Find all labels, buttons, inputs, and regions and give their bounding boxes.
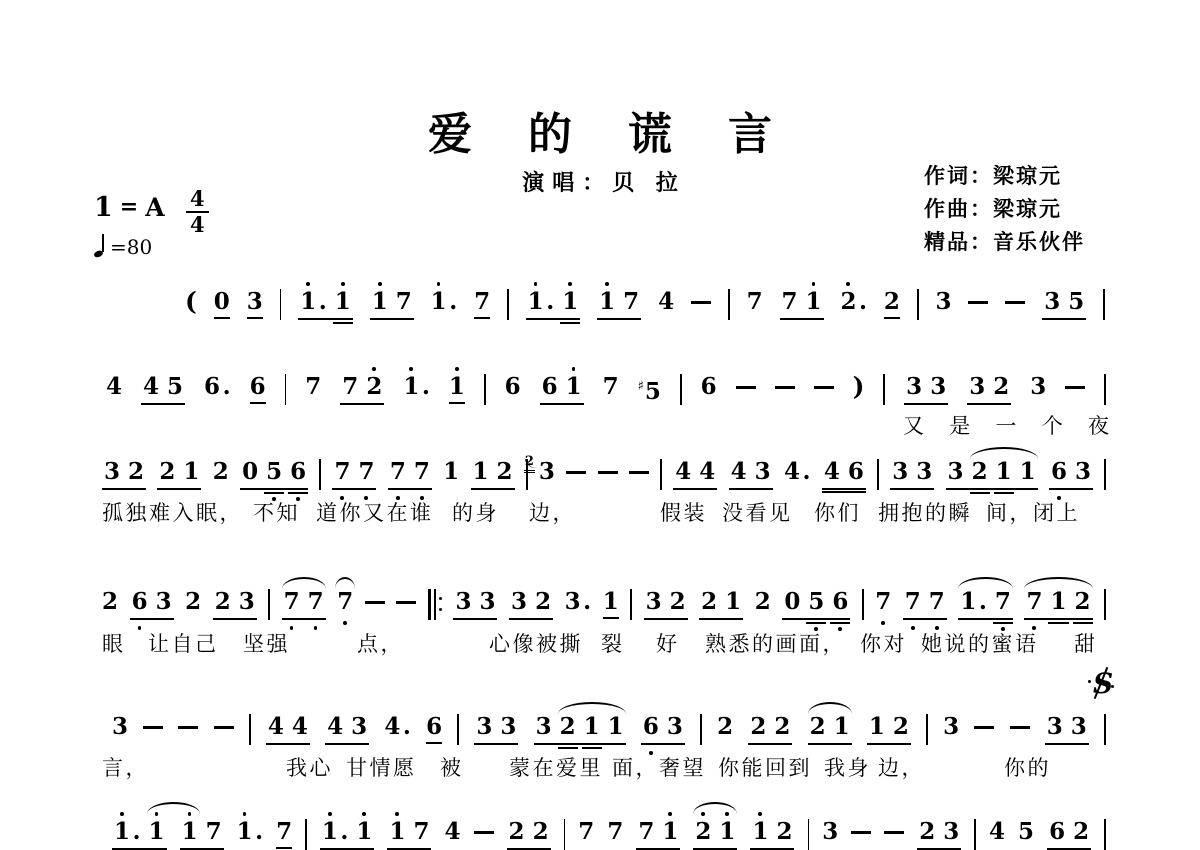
note: 1 bbox=[335, 288, 351, 316]
note: 6. bbox=[204, 373, 231, 401]
note: 7 bbox=[578, 818, 594, 846]
note-number: 4 bbox=[989, 818, 1005, 845]
note-number: 1 bbox=[300, 288, 316, 315]
note: 2 bbox=[701, 588, 717, 616]
note-number: 3 bbox=[948, 458, 964, 485]
beam-group: 77 bbox=[282, 588, 326, 620]
time-signature-top: 4 bbox=[186, 188, 209, 213]
octave-dot-high bbox=[395, 812, 399, 816]
note-number: 7 bbox=[396, 288, 412, 315]
note-number: 5 bbox=[808, 588, 824, 615]
note-number: 6 bbox=[132, 588, 148, 615]
beam-group: 21 bbox=[808, 713, 852, 745]
note-number: 4 bbox=[268, 713, 284, 740]
beam-group: 33 bbox=[1045, 713, 1089, 745]
note: 2 bbox=[919, 818, 935, 846]
beam-group: 32 bbox=[102, 458, 146, 490]
note: 6 bbox=[643, 713, 659, 741]
note: 1 bbox=[599, 288, 615, 316]
note: 7 bbox=[875, 588, 891, 616]
lyrics-segment: 我心 bbox=[286, 752, 333, 782]
note-number: 7 bbox=[308, 588, 324, 615]
note: 0 bbox=[214, 288, 230, 319]
note-number: 1 bbox=[372, 288, 388, 315]
note: 2 bbox=[535, 588, 551, 616]
note-number: 1 bbox=[237, 818, 253, 845]
music-line: (031.1171.71.11747712.2335 bbox=[185, 288, 1105, 322]
note: 4 bbox=[989, 818, 1005, 846]
note: 7 bbox=[905, 588, 921, 616]
note-number: 1 bbox=[149, 818, 165, 845]
note-number: 1 bbox=[834, 713, 850, 740]
note: 3 bbox=[1030, 373, 1046, 401]
note-number: 1 bbox=[566, 373, 582, 400]
beam-group: 12 bbox=[867, 713, 911, 745]
duration-dash bbox=[365, 601, 385, 604]
note: 3 bbox=[511, 588, 527, 616]
note: 6 bbox=[832, 588, 848, 616]
barline bbox=[680, 374, 682, 405]
beam-group: 712 bbox=[1024, 588, 1092, 620]
augmentation-dot: . bbox=[403, 713, 411, 740]
lyrics-segment: 好 bbox=[656, 628, 680, 658]
lyrics-segment: 让自己 bbox=[148, 628, 219, 658]
note: 1 bbox=[869, 713, 885, 741]
note-number: 1 bbox=[584, 713, 600, 740]
note-number: 5 bbox=[1018, 818, 1034, 845]
note-number: 3 bbox=[112, 713, 128, 740]
beam-group: 62 bbox=[1047, 818, 1091, 850]
note: 2 bbox=[128, 458, 144, 486]
note-number: 7 bbox=[305, 373, 321, 400]
note-number: 3 bbox=[239, 588, 255, 615]
note-number: 7 bbox=[284, 588, 300, 615]
note: 1. bbox=[431, 288, 458, 316]
beam-group: 35 bbox=[1042, 288, 1086, 320]
note: 1 bbox=[356, 818, 372, 846]
beam-group: 21 bbox=[693, 818, 737, 850]
note: 7 bbox=[308, 588, 324, 616]
beam-group: 1.7 bbox=[958, 588, 1013, 620]
duration-dash bbox=[1065, 386, 1085, 389]
note-number: 6 bbox=[505, 373, 521, 400]
note: 1 bbox=[834, 713, 850, 741]
duration-dash bbox=[851, 831, 871, 834]
duration-dash bbox=[474, 831, 494, 834]
beam-group: 71 bbox=[780, 288, 824, 320]
note: 1. bbox=[403, 373, 430, 401]
augmentation-dot: . bbox=[319, 288, 327, 315]
note: 7 bbox=[929, 588, 945, 616]
note-number: 6 bbox=[848, 458, 864, 485]
octave-dot-high bbox=[668, 812, 672, 816]
barline bbox=[917, 289, 919, 320]
note: 5 bbox=[167, 373, 183, 401]
note: 7 bbox=[782, 288, 798, 316]
producer-credit: 精品：音乐伙伴 bbox=[924, 226, 1085, 259]
note-number: 3 bbox=[536, 713, 552, 740]
note: 3 bbox=[1044, 288, 1060, 316]
tempo-marking: =80 bbox=[94, 234, 152, 259]
lyrics-segment: 眼 bbox=[102, 628, 126, 658]
note: 7 bbox=[413, 818, 429, 846]
note-number: 2 bbox=[1073, 818, 1089, 845]
lyrics-segment: 点， bbox=[357, 628, 404, 658]
note-number: 7 bbox=[276, 818, 292, 845]
note-number: 7 bbox=[413, 818, 429, 845]
note: 3 bbox=[755, 458, 771, 486]
note-number: 6 bbox=[426, 713, 442, 740]
note-number: 1 bbox=[114, 818, 130, 845]
note: 1. bbox=[300, 288, 327, 316]
note: 7 bbox=[305, 373, 321, 401]
note: 1 bbox=[725, 588, 741, 616]
beam-group: 1.1 bbox=[112, 818, 167, 850]
note: 1 bbox=[752, 818, 768, 846]
note-number: 5 bbox=[167, 373, 183, 400]
note-number: 3 bbox=[822, 818, 838, 845]
note: 2 bbox=[776, 818, 792, 846]
beam-group: 63 bbox=[130, 588, 174, 620]
note-number: 3 bbox=[479, 588, 495, 615]
note-number: 7 bbox=[206, 818, 222, 845]
note: 1 bbox=[473, 458, 489, 486]
note-number: 7 bbox=[414, 458, 430, 485]
beam-group: 056 bbox=[240, 458, 308, 490]
note-number: 6 bbox=[832, 588, 848, 615]
beam-group: 21 bbox=[699, 588, 743, 620]
note: 3 bbox=[455, 588, 471, 616]
lyricist-credit: 作词：梁琼元 bbox=[924, 160, 1085, 193]
note-number: 4 bbox=[327, 713, 343, 740]
note-number: 1 bbox=[182, 818, 198, 845]
note: ♯5 bbox=[638, 373, 661, 406]
octave-dot-high bbox=[572, 367, 576, 371]
note: 4 bbox=[327, 713, 343, 741]
beam-group: 63 bbox=[1049, 458, 1093, 490]
note-number: 1 bbox=[473, 458, 489, 485]
lyrics-segment: 我身 bbox=[824, 752, 871, 782]
note: 7 bbox=[342, 373, 358, 401]
slur-arc bbox=[147, 802, 200, 814]
beam-group: 17 bbox=[180, 818, 224, 850]
augmentation-dot: . bbox=[255, 818, 263, 845]
barline bbox=[1103, 289, 1105, 320]
lyrics-segment: 言， bbox=[102, 752, 149, 782]
barline bbox=[808, 819, 810, 850]
note: 4 bbox=[731, 458, 747, 486]
note: 7 bbox=[623, 288, 639, 316]
note: 1 bbox=[443, 458, 459, 486]
duration-dash bbox=[566, 471, 586, 474]
octave-dot-high bbox=[328, 812, 332, 816]
slur-arc bbox=[808, 702, 852, 714]
note-number: 7 bbox=[578, 818, 594, 845]
note-number: 3 bbox=[1044, 288, 1060, 315]
lyrics-segment: 你能回到 bbox=[718, 752, 812, 782]
beam-group: 23 bbox=[213, 588, 257, 620]
note: 7 bbox=[276, 818, 292, 849]
note-number: 6 bbox=[1049, 818, 1065, 845]
note-number: 1 bbox=[725, 588, 741, 615]
slur-arc bbox=[335, 577, 355, 589]
note: 3 bbox=[112, 713, 128, 741]
note: 4 bbox=[824, 458, 840, 486]
note-number: 7 bbox=[607, 818, 623, 845]
lyrics-segment: 你们 bbox=[814, 497, 861, 527]
note: 3 bbox=[943, 713, 959, 741]
note-number: 7 bbox=[623, 288, 639, 315]
barline bbox=[630, 589, 632, 620]
octave-dot-low bbox=[881, 621, 885, 625]
augmentation-dot: . bbox=[546, 288, 554, 315]
note: 4 bbox=[675, 458, 691, 486]
note: 1 bbox=[806, 288, 822, 316]
note: 4. bbox=[784, 458, 811, 486]
slur-arc bbox=[1024, 577, 1092, 589]
slur-arc bbox=[558, 702, 626, 714]
barline bbox=[280, 289, 282, 320]
octave-dot-high bbox=[306, 282, 310, 286]
beam-group: 46 bbox=[822, 458, 866, 490]
note: 7 bbox=[638, 818, 654, 846]
note-number: 2 bbox=[159, 458, 175, 485]
note: 1 bbox=[584, 713, 600, 741]
note: 2 bbox=[366, 373, 382, 401]
note: 7 bbox=[358, 458, 374, 486]
note-number: 1 bbox=[389, 818, 405, 845]
note-number: 2 bbox=[670, 588, 686, 615]
note-number: 0 bbox=[214, 288, 230, 315]
barline bbox=[728, 289, 730, 320]
note-number: 3 bbox=[892, 458, 908, 485]
beam-group: 056 bbox=[782, 588, 850, 620]
beam-group: 77 bbox=[332, 458, 376, 490]
duration-dash bbox=[178, 726, 198, 729]
note-number: 1 bbox=[1020, 458, 1036, 485]
augmentation-dot: . bbox=[422, 373, 430, 400]
octave-dot-low bbox=[314, 626, 318, 630]
tonic-number: 1 bbox=[94, 192, 113, 223]
note-number: 2 bbox=[533, 818, 549, 845]
note-number: 1 bbox=[528, 288, 544, 315]
note-number: 3 bbox=[935, 288, 951, 315]
slur-arc bbox=[970, 447, 1038, 459]
duration-dash bbox=[691, 301, 711, 304]
note: 4 bbox=[143, 373, 159, 401]
note-number: 1 bbox=[1050, 588, 1066, 615]
octave-dot-high bbox=[341, 282, 345, 286]
augmentation-dot: . bbox=[340, 818, 348, 845]
note: 1 bbox=[183, 458, 199, 486]
note: 4 bbox=[445, 818, 461, 846]
barline bbox=[862, 589, 864, 620]
note: 2 bbox=[1073, 818, 1089, 846]
note: 7 bbox=[334, 458, 350, 486]
octave-dot-high bbox=[120, 812, 124, 816]
beam-group: 23 bbox=[917, 818, 961, 850]
note-number: 3 bbox=[247, 288, 263, 315]
beam-group: 32 bbox=[644, 588, 688, 620]
note: 7 bbox=[337, 588, 353, 616]
repeat-start-sign bbox=[428, 589, 442, 620]
note: 3 bbox=[500, 713, 516, 741]
barline bbox=[1104, 374, 1106, 405]
lyrics-segment: 坚强 bbox=[243, 628, 290, 658]
note: 6 bbox=[701, 373, 717, 401]
lyrics-segment: 边， bbox=[529, 497, 576, 527]
note-number: 4 bbox=[292, 713, 308, 740]
note: 2 bbox=[560, 713, 576, 741]
octave-dot-high bbox=[378, 282, 382, 286]
note-number: 4 bbox=[384, 713, 400, 740]
beam-group: 77 bbox=[903, 588, 947, 620]
grace-note: 2 bbox=[524, 444, 538, 458]
note: 2 bbox=[1075, 588, 1091, 616]
beam-group: 33 bbox=[904, 373, 948, 405]
octave-dot-high bbox=[534, 282, 538, 286]
close-paren: ) bbox=[853, 373, 865, 401]
octave-dot-high bbox=[758, 812, 762, 816]
note-number: 6 bbox=[643, 713, 659, 740]
barline bbox=[249, 714, 251, 745]
note: 3 bbox=[1075, 458, 1091, 486]
octave-dot-low bbox=[911, 626, 915, 630]
note-number: 1 bbox=[603, 588, 619, 615]
note: 7 bbox=[206, 818, 222, 846]
barline bbox=[1104, 589, 1106, 620]
duration-dash bbox=[974, 726, 994, 729]
note: 2 bbox=[810, 713, 826, 741]
beam-group: 43 bbox=[729, 458, 773, 490]
note: 1 bbox=[566, 373, 582, 401]
note: 3 bbox=[351, 713, 367, 741]
note-number: 7 bbox=[747, 288, 763, 315]
score-page: 爱的谎言 演唱：贝 拉 作词：梁琼元 作曲：梁琼元 精品：音乐伙伴 1=A 4 … bbox=[0, 0, 1200, 850]
note: 2 bbox=[497, 458, 513, 486]
note-number: 1 bbox=[608, 713, 624, 740]
note: 3 bbox=[247, 288, 263, 319]
note-number: 1 bbox=[752, 818, 768, 845]
note: 3 bbox=[239, 588, 255, 616]
note: 1 bbox=[449, 373, 465, 404]
note: 6 bbox=[1051, 458, 1067, 486]
augmentation-dot: . bbox=[583, 588, 591, 615]
note: 6 bbox=[542, 373, 558, 401]
barline bbox=[1104, 714, 1106, 745]
note-number: 2 bbox=[840, 288, 856, 315]
note-number: 2 bbox=[128, 458, 144, 485]
note: 1 bbox=[996, 458, 1012, 486]
note-number: 7 bbox=[337, 588, 353, 615]
note-number: 3 bbox=[156, 588, 172, 615]
note-number: 4 bbox=[675, 458, 691, 485]
note-number: 2 bbox=[213, 458, 229, 485]
barline bbox=[877, 459, 879, 490]
note-number: 2 bbox=[695, 818, 711, 845]
note: 2 bbox=[750, 713, 766, 741]
slur-arc bbox=[282, 577, 326, 589]
music-line: 3221205677771122344434.4633321163 bbox=[102, 458, 1106, 492]
note-number: 6 bbox=[1051, 458, 1067, 485]
beam-group: 43 bbox=[325, 713, 369, 745]
slur-arc bbox=[693, 802, 737, 814]
note-number: 7 bbox=[342, 373, 358, 400]
beam-group: 72 bbox=[340, 373, 384, 405]
barline bbox=[484, 374, 486, 405]
time-signature: 4 4 bbox=[186, 188, 209, 236]
note: 7 bbox=[1026, 588, 1042, 616]
barline bbox=[1104, 459, 1106, 490]
note: 2 bbox=[215, 588, 231, 616]
note-number: 2 bbox=[535, 588, 551, 615]
note: 7 bbox=[396, 288, 412, 316]
note: 3 bbox=[646, 588, 662, 616]
note: 3 bbox=[930, 373, 946, 401]
open-paren: ( bbox=[185, 288, 197, 316]
octave-dot-high bbox=[455, 367, 459, 371]
note: 3 bbox=[969, 373, 985, 401]
octave-dot-high bbox=[812, 282, 816, 286]
note-number: 7 bbox=[995, 588, 1011, 615]
beam-group: 21 bbox=[157, 458, 201, 490]
time-signature-bottom: 4 bbox=[186, 213, 209, 236]
note-number: 4 bbox=[445, 818, 461, 845]
note-number: 2 bbox=[560, 713, 576, 740]
note-number: 4 bbox=[731, 458, 747, 485]
note-number: 2 bbox=[884, 288, 900, 315]
beam-group: 17 bbox=[370, 288, 414, 320]
music-line: 344434.6333211632222112333S bbox=[112, 713, 1106, 747]
barline bbox=[883, 374, 885, 405]
note-number: 1 bbox=[719, 818, 735, 845]
note: 2 bbox=[159, 458, 175, 486]
note-number: 2 bbox=[755, 588, 771, 615]
note: 3 bbox=[156, 588, 172, 616]
barline bbox=[507, 289, 509, 320]
note: 3 bbox=[916, 458, 932, 486]
note-number: 7 bbox=[334, 458, 350, 485]
lyrics-segment: 道你又在谁 bbox=[316, 497, 434, 527]
note: 6 bbox=[505, 373, 521, 401]
note-number: 2 bbox=[215, 588, 231, 615]
note-number: 6 bbox=[250, 373, 266, 400]
note-number: 2 bbox=[366, 373, 382, 400]
lyrics-segment: 被 bbox=[440, 752, 464, 782]
note-number: 1 bbox=[960, 588, 976, 615]
note: 2 bbox=[993, 373, 1009, 401]
beam-group: 17 bbox=[387, 818, 431, 850]
duration-dash bbox=[598, 471, 618, 474]
duration-dash bbox=[968, 301, 988, 304]
octave-dot-high bbox=[362, 812, 366, 816]
barline bbox=[660, 459, 662, 490]
note-number: 5 bbox=[645, 378, 661, 405]
note-number: 4 bbox=[106, 373, 122, 400]
note-number: 6 bbox=[701, 373, 717, 400]
note: 1 bbox=[1020, 458, 1036, 486]
beam-group: 3211 bbox=[534, 713, 626, 745]
note-number: 3 bbox=[755, 458, 771, 485]
lyrics-segment: 甘情愿 bbox=[346, 752, 417, 782]
barline bbox=[700, 714, 702, 745]
note-number: 2 bbox=[750, 713, 766, 740]
note-number: 2 bbox=[185, 588, 201, 615]
lyrics-segment: 又 是 一 个 夜 bbox=[903, 410, 1119, 440]
note: 5 bbox=[266, 458, 282, 486]
note-number: 7 bbox=[358, 458, 374, 485]
note: 2 bbox=[717, 713, 733, 741]
